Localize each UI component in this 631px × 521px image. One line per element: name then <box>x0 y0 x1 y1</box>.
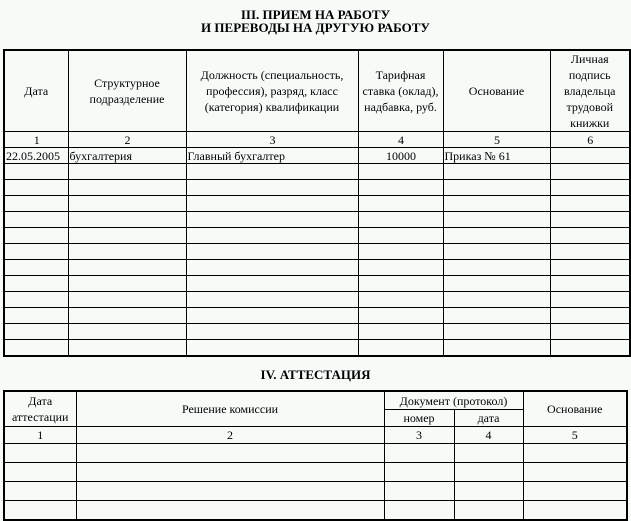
cell-signature[interactable] <box>550 148 630 164</box>
cell-document-date[interactable] <box>454 444 523 463</box>
cell-attestation-date[interactable] <box>4 501 76 521</box>
cell-attestation-date[interactable] <box>4 482 76 501</box>
cell-document-number[interactable] <box>384 463 454 482</box>
cell-position[interactable] <box>186 308 358 324</box>
cell-date[interactable] <box>4 196 68 212</box>
cell-department[interactable] <box>68 164 186 180</box>
cell-department[interactable] <box>68 276 186 292</box>
cell-basis[interactable] <box>443 308 550 324</box>
header-document-number: номер <box>384 410 454 427</box>
cell-position[interactable] <box>186 244 358 260</box>
table-row <box>4 501 627 521</box>
header-department: Структурное подразделение <box>68 50 186 132</box>
cell-basis[interactable] <box>523 501 627 521</box>
cell-basis[interactable] <box>443 244 550 260</box>
cell-department[interactable] <box>68 324 186 340</box>
column-number-row: 1 2 3 4 5 6 <box>4 132 630 148</box>
table-row <box>4 164 630 180</box>
header-document: Документ (протокол) <box>384 391 523 410</box>
cell-position[interactable]: Главный бухгалтер <box>186 148 358 164</box>
cell-signature[interactable] <box>550 340 630 357</box>
column-number: 1 <box>4 427 76 444</box>
column-number: 2 <box>68 132 186 148</box>
cell-date[interactable] <box>4 292 68 308</box>
cell-signature[interactable] <box>550 244 630 260</box>
cell-salary[interactable] <box>358 340 443 357</box>
cell-signature[interactable] <box>550 164 630 180</box>
cell-basis[interactable] <box>523 463 627 482</box>
column-number: 6 <box>550 132 630 148</box>
cell-basis[interactable] <box>443 324 550 340</box>
cell-basis[interactable] <box>443 196 550 212</box>
cell-basis[interactable] <box>443 164 550 180</box>
cell-document-number[interactable] <box>384 501 454 521</box>
cell-signature[interactable] <box>550 260 630 276</box>
cell-department[interactable] <box>68 292 186 308</box>
cell-position[interactable] <box>186 260 358 276</box>
cell-signature[interactable] <box>550 196 630 212</box>
cell-document-number[interactable] <box>384 444 454 463</box>
cell-date[interactable] <box>4 164 68 180</box>
cell-salary[interactable] <box>358 324 443 340</box>
cell-signature[interactable] <box>550 324 630 340</box>
header-basis: Основание <box>443 50 550 132</box>
cell-basis[interactable] <box>443 212 550 228</box>
cell-date[interactable] <box>4 180 68 196</box>
cell-date[interactable] <box>4 324 68 340</box>
cell-position[interactable] <box>186 276 358 292</box>
cell-salary[interactable] <box>358 244 443 260</box>
cell-signature[interactable] <box>550 228 630 244</box>
cell-attestation-date[interactable] <box>4 444 76 463</box>
cell-document-date[interactable] <box>454 463 523 482</box>
cell-salary[interactable] <box>358 228 443 244</box>
cell-position[interactable] <box>186 180 358 196</box>
column-number: 1 <box>4 132 68 148</box>
table-row <box>4 276 630 292</box>
cell-salary[interactable] <box>358 276 443 292</box>
cell-basis[interactable] <box>443 340 550 357</box>
cell-department[interactable] <box>68 212 186 228</box>
table-row <box>4 212 630 228</box>
header-salary: Тарифная ставка (оклад), надбавка, руб. <box>358 50 443 132</box>
employment-table: Дата Структурное подразделение Должность… <box>3 49 631 357</box>
table-row <box>4 444 627 463</box>
cell-department[interactable] <box>68 180 186 196</box>
cell-salary[interactable] <box>358 164 443 180</box>
column-number: 4 <box>454 427 523 444</box>
column-number: 4 <box>358 132 443 148</box>
table-row <box>4 260 630 276</box>
cell-salary[interactable] <box>358 180 443 196</box>
cell-department[interactable] <box>68 196 186 212</box>
cell-decision[interactable] <box>76 501 384 521</box>
column-number: 5 <box>443 132 550 148</box>
cell-basis[interactable] <box>443 260 550 276</box>
cell-department[interactable]: бухгалтерия <box>68 148 186 164</box>
cell-department[interactable] <box>68 228 186 244</box>
table-row <box>4 463 627 482</box>
cell-position[interactable] <box>186 228 358 244</box>
section-3-title-line-2: И ПЕРЕВОДЫ НА ДРУГУЮ РАБОТУ <box>0 21 631 34</box>
cell-basis[interactable] <box>443 228 550 244</box>
table-row <box>4 482 627 501</box>
cell-signature[interactable] <box>550 180 630 196</box>
section-3-title: III. ПРИЕМ НА РАБОТУ И ПЕРЕВОДЫ НА ДРУГУ… <box>0 8 631 34</box>
cell-basis[interactable] <box>443 276 550 292</box>
cell-position[interactable] <box>186 340 358 357</box>
cell-document-number[interactable] <box>384 482 454 501</box>
cell-department[interactable] <box>68 244 186 260</box>
header-basis: Основание <box>523 391 627 427</box>
cell-decision[interactable] <box>76 463 384 482</box>
header-commission-decision: Решение комиссии <box>76 391 384 427</box>
table-row <box>4 196 630 212</box>
header-signature: Личная подпись владельца трудовой книжки <box>550 50 630 132</box>
cell-signature[interactable] <box>550 308 630 324</box>
table-row <box>4 308 630 324</box>
column-number-row: 1 2 3 4 5 <box>4 427 627 444</box>
table-row <box>4 324 630 340</box>
cell-salary[interactable] <box>358 196 443 212</box>
table-row <box>4 228 630 244</box>
attestation-header-row: Дата аттестации Решение комиссии Докумен… <box>4 391 627 410</box>
header-position: Должность (специальность, профессия), ра… <box>186 50 358 132</box>
cell-attestation-date[interactable] <box>4 463 76 482</box>
table-row: 22.05.2005бухгалтерияГлавный бухгалтер10… <box>4 148 630 164</box>
table-row <box>4 340 630 357</box>
cell-position[interactable] <box>186 212 358 228</box>
column-number: 3 <box>384 427 454 444</box>
table-row <box>4 292 630 308</box>
column-number: 5 <box>523 427 627 444</box>
table-row <box>4 244 630 260</box>
attestation-table: Дата аттестации Решение комиссии Докумен… <box>3 390 628 521</box>
cell-date[interactable] <box>4 260 68 276</box>
cell-salary[interactable] <box>358 292 443 308</box>
cell-department[interactable] <box>68 340 186 357</box>
cell-signature[interactable] <box>550 292 630 308</box>
cell-signature[interactable] <box>550 276 630 292</box>
cell-decision[interactable] <box>76 444 384 463</box>
employment-header-row: Дата Структурное подразделение Должность… <box>4 50 630 132</box>
section-4-title: IV. АТТЕСТАЦИЯ <box>0 368 631 381</box>
cell-date[interactable]: 22.05.2005 <box>4 148 68 164</box>
cell-date[interactable] <box>4 228 68 244</box>
cell-position[interactable] <box>186 196 358 212</box>
cell-salary[interactable] <box>358 260 443 276</box>
table-row <box>4 180 630 196</box>
cell-basis[interactable] <box>443 292 550 308</box>
cell-position[interactable] <box>186 292 358 308</box>
header-date: Дата <box>4 50 68 132</box>
cell-basis[interactable] <box>523 444 627 463</box>
column-number: 3 <box>186 132 358 148</box>
cell-department[interactable] <box>68 308 186 324</box>
cell-document-date[interactable] <box>454 501 523 521</box>
cell-date[interactable] <box>4 308 68 324</box>
cell-salary[interactable] <box>358 308 443 324</box>
cell-decision[interactable] <box>76 482 384 501</box>
cell-document-date[interactable] <box>454 482 523 501</box>
column-number: 2 <box>76 427 384 444</box>
header-document-date: дата <box>454 410 523 427</box>
cell-signature[interactable] <box>550 212 630 228</box>
cell-position[interactable] <box>186 324 358 340</box>
header-attestation-date: Дата аттестации <box>4 391 76 427</box>
cell-basis[interactable] <box>443 180 550 196</box>
cell-basis[interactable] <box>523 482 627 501</box>
cell-date[interactable] <box>4 340 68 357</box>
cell-date[interactable] <box>4 212 68 228</box>
cell-basis[interactable]: Приказ № 61 <box>443 148 550 164</box>
cell-date[interactable] <box>4 244 68 260</box>
cell-date[interactable] <box>4 276 68 292</box>
cell-department[interactable] <box>68 260 186 276</box>
cell-position[interactable] <box>186 164 358 180</box>
cell-salary[interactable]: 10000 <box>358 148 443 164</box>
cell-salary[interactable] <box>358 212 443 228</box>
